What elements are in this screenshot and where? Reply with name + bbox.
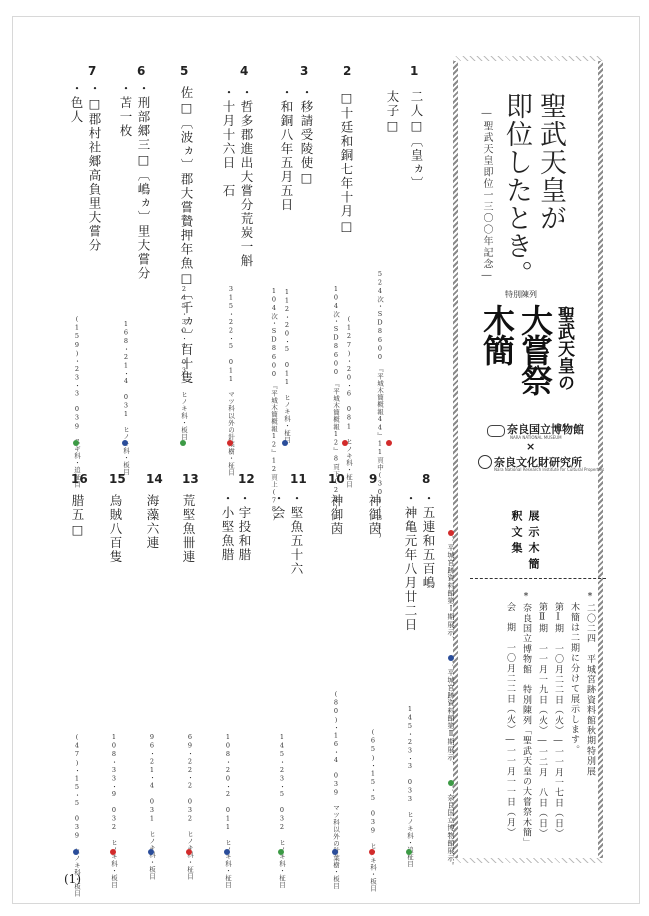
main-title-line1: 聖武天皇が <box>534 92 566 232</box>
legend-green-text: ：奈良国立博物館展示。 <box>447 786 455 870</box>
legend-red-text: ：平城宮跡資料館第Ⅰ期展示、 <box>447 536 455 643</box>
hatched-border-right <box>598 56 603 863</box>
entry-number-7: 7 <box>88 64 96 78</box>
entry-4-line-2: ・十月十六日 石 <box>222 86 235 198</box>
entry-number-11: 11 <box>290 472 307 486</box>
entry-number-14: 14 <box>146 472 163 486</box>
entry-4-dot-icon <box>227 440 233 446</box>
entry-number-2: 2 <box>343 64 351 78</box>
entry-6-dot-icon <box>122 440 128 446</box>
special-exhibit-label: 特別陳列 <box>505 289 537 300</box>
entry-14-line-1: 海藻六連 <box>146 494 159 550</box>
entry-number-9: 9 <box>369 472 377 486</box>
entry-2-measure: (127)・20・6 081 ヒノキ科・柾目 <box>345 315 353 488</box>
entry-number-5: 5 <box>180 64 188 78</box>
entry-1-line-1: 二人□〔皇ヵ〕 <box>410 90 423 191</box>
hatched-border-top <box>453 56 603 61</box>
entry-number-13: 13 <box>182 472 199 486</box>
entry-6-reference: 168・21・4 031 ヒノキ科・板目 <box>122 320 130 476</box>
entry-9-reference: (65)・15・5 039 ヒノキ科・板目 <box>369 728 377 892</box>
entry-14-dot-icon <box>148 849 154 855</box>
entry-number-12: 12 <box>238 472 255 486</box>
exhibit-title-daijosai: 大嘗祭 <box>518 304 552 394</box>
info-line-5: *奈良国立博物館 特別陳列「聖武天皇の大嘗祭木簡」 <box>520 592 532 848</box>
dashed-divider <box>470 578 606 579</box>
page-number: (1) <box>64 872 81 886</box>
entry-1-dot-icon <box>386 440 392 446</box>
entry-6-line-2: ・苫一枚 <box>119 82 132 138</box>
entry-9-dot-icon <box>369 849 375 855</box>
hatched-border-bottom <box>453 858 603 863</box>
entry-12-line-2: ・小堅魚腊 <box>221 492 234 562</box>
entry-4-reference: 315・22・5 011 マツ科以外の針葉樹・柾目 <box>227 285 235 476</box>
entry-number-3: 3 <box>300 64 308 78</box>
entry-number-6: 6 <box>137 64 145 78</box>
info-line-6: 会 期 一〇月二二日（火）―一一月一一日（月） <box>504 592 516 838</box>
entry-11-line-2: ・会 <box>272 492 285 520</box>
entry-15-reference: 108・33・9 032 ヒノキ科・板目 <box>110 733 118 889</box>
info-line-4: 第Ⅱ期 一一月一九日（火）―一二月 八日（日） <box>536 592 548 839</box>
entry-3-line-2: ・和銅八年五月五日 <box>280 86 293 212</box>
entry-number-16: 16 <box>71 472 88 486</box>
entry-6-line-1: ・刑部郷三□〔嶋ヵ〕里大嘗分 <box>137 82 150 281</box>
entry-8-dot-icon <box>406 849 412 855</box>
entry-12-reference: 108・20・2 011 ヒノキ科・柾目 <box>224 733 232 889</box>
entry-16-dot-icon <box>73 849 79 855</box>
entry-3-measure: 112・20・5 011 ヒノキ科・柾目 <box>283 288 291 444</box>
entry-7-line-2: ・色人 <box>70 82 83 124</box>
entry-4-line-1: ・哲多郡進出大嘗分荒炭一斛 <box>240 86 253 268</box>
entry-number-15: 15 <box>109 472 126 486</box>
exhibit-title-small: 聖武天皇の <box>555 306 573 391</box>
entry-10-reference: (80)・16・4 039 マツ科以外の針葉樹・板目 <box>332 690 340 890</box>
entry-3-reference: 104次・SD8600 『平城木簡概報12』12頁上(78) <box>270 287 278 522</box>
booklet-title-a: 展示木簡 <box>525 510 541 574</box>
entry-14-reference: 96・21・4 031 ヒノキ科・板目 <box>148 733 156 880</box>
legend-blue-text: ：平城宮跡資料館第Ⅱ期展示、 <box>447 661 455 768</box>
entry-number-1: 1 <box>410 64 418 78</box>
entry-10-dot-icon <box>332 849 338 855</box>
entry-12-dot-icon <box>224 849 230 855</box>
booklet-title-b: 釈文集 <box>508 510 524 558</box>
museum-logo-icon <box>487 425 505 437</box>
info-line-1: *二〇二四 平城宮跡資料館秋期特別展 <box>584 592 596 777</box>
entry-7-reference: (159)・23・3 039 スギ科・追柾目 <box>73 315 81 488</box>
entry-8-line-1: ・五連和五百嶋 <box>422 492 435 590</box>
entry-number-8: 8 <box>422 472 430 486</box>
entry-15-dot-icon <box>110 849 116 855</box>
entry-11-reference: 145・23・5 032 ヒノキ科・柾目 <box>278 733 286 889</box>
entry-8-reference: 145・23・3 033 ヒノキ科・追柾目 <box>406 705 414 868</box>
institute-logo-icon <box>478 455 492 469</box>
subtitle: ―聖武天皇即位一三〇〇年記念― <box>479 108 494 283</box>
org2-name-en: Nara National Research Institute for Cul… <box>494 467 604 472</box>
entry-5-dot-icon <box>180 440 186 446</box>
main-title-line2: 即位したとき。 <box>500 92 532 288</box>
entry-8-line-2: ・神亀元年八月廿二日 <box>404 492 417 632</box>
entry-2-dot-icon <box>342 440 348 446</box>
entry-13-reference: 69・22・2 032 ヒノキ科・柾目 <box>186 733 194 880</box>
exhibit-title-mokkan: 木簡 <box>480 304 514 364</box>
cross-mark: × <box>526 440 535 453</box>
entry-16-line-1: 腊五□ <box>71 494 84 539</box>
entry-7-dot-icon <box>73 440 79 446</box>
entry-3-line-1: ・移請受陵使□ <box>300 86 313 187</box>
entry-9-line-1: 神御茵 <box>368 494 381 536</box>
entry-number-4: 4 <box>240 64 248 78</box>
entry-13-dot-icon <box>186 849 192 855</box>
entry-10-line-1: 神御茵 <box>330 494 343 536</box>
entry-15-line-1: 烏賊八百隻 <box>109 494 122 564</box>
exhibit-legend: ：平城宮跡資料館第Ⅰ期展示、 ：平城宮跡資料館第Ⅱ期展示、 ：奈良国立博物館展示… <box>446 527 456 870</box>
entry-2-line-1: □十廷和銅七年十月□ <box>340 90 353 235</box>
entry-5-reference: 245・30・4 031 ヒノキ科・板目 <box>180 285 188 441</box>
entry-11-line-1: ・堅魚五十六 <box>290 492 303 576</box>
info-line-2: 木簡は二期に分けて展示します。 <box>568 592 580 755</box>
entry-12-line-1: ・宇投和腊 <box>238 492 251 562</box>
entry-7-line-1: ・□郡村社郷高負里大嘗分 <box>88 82 101 253</box>
org1-name-en: NARA NATIONAL MUSEUM <box>510 435 562 440</box>
entry-number-10: 10 <box>328 472 345 486</box>
entry-11-dot-icon <box>278 849 284 855</box>
entry-13-line-1: 荒堅魚卌連 <box>182 494 195 564</box>
entry-1-line-2: 太子□ <box>386 90 399 135</box>
info-line-3: 第Ⅰ期 一〇月二二日（火）―一一月一七日（日） <box>552 592 564 839</box>
entry-3-dot-icon <box>282 440 288 446</box>
